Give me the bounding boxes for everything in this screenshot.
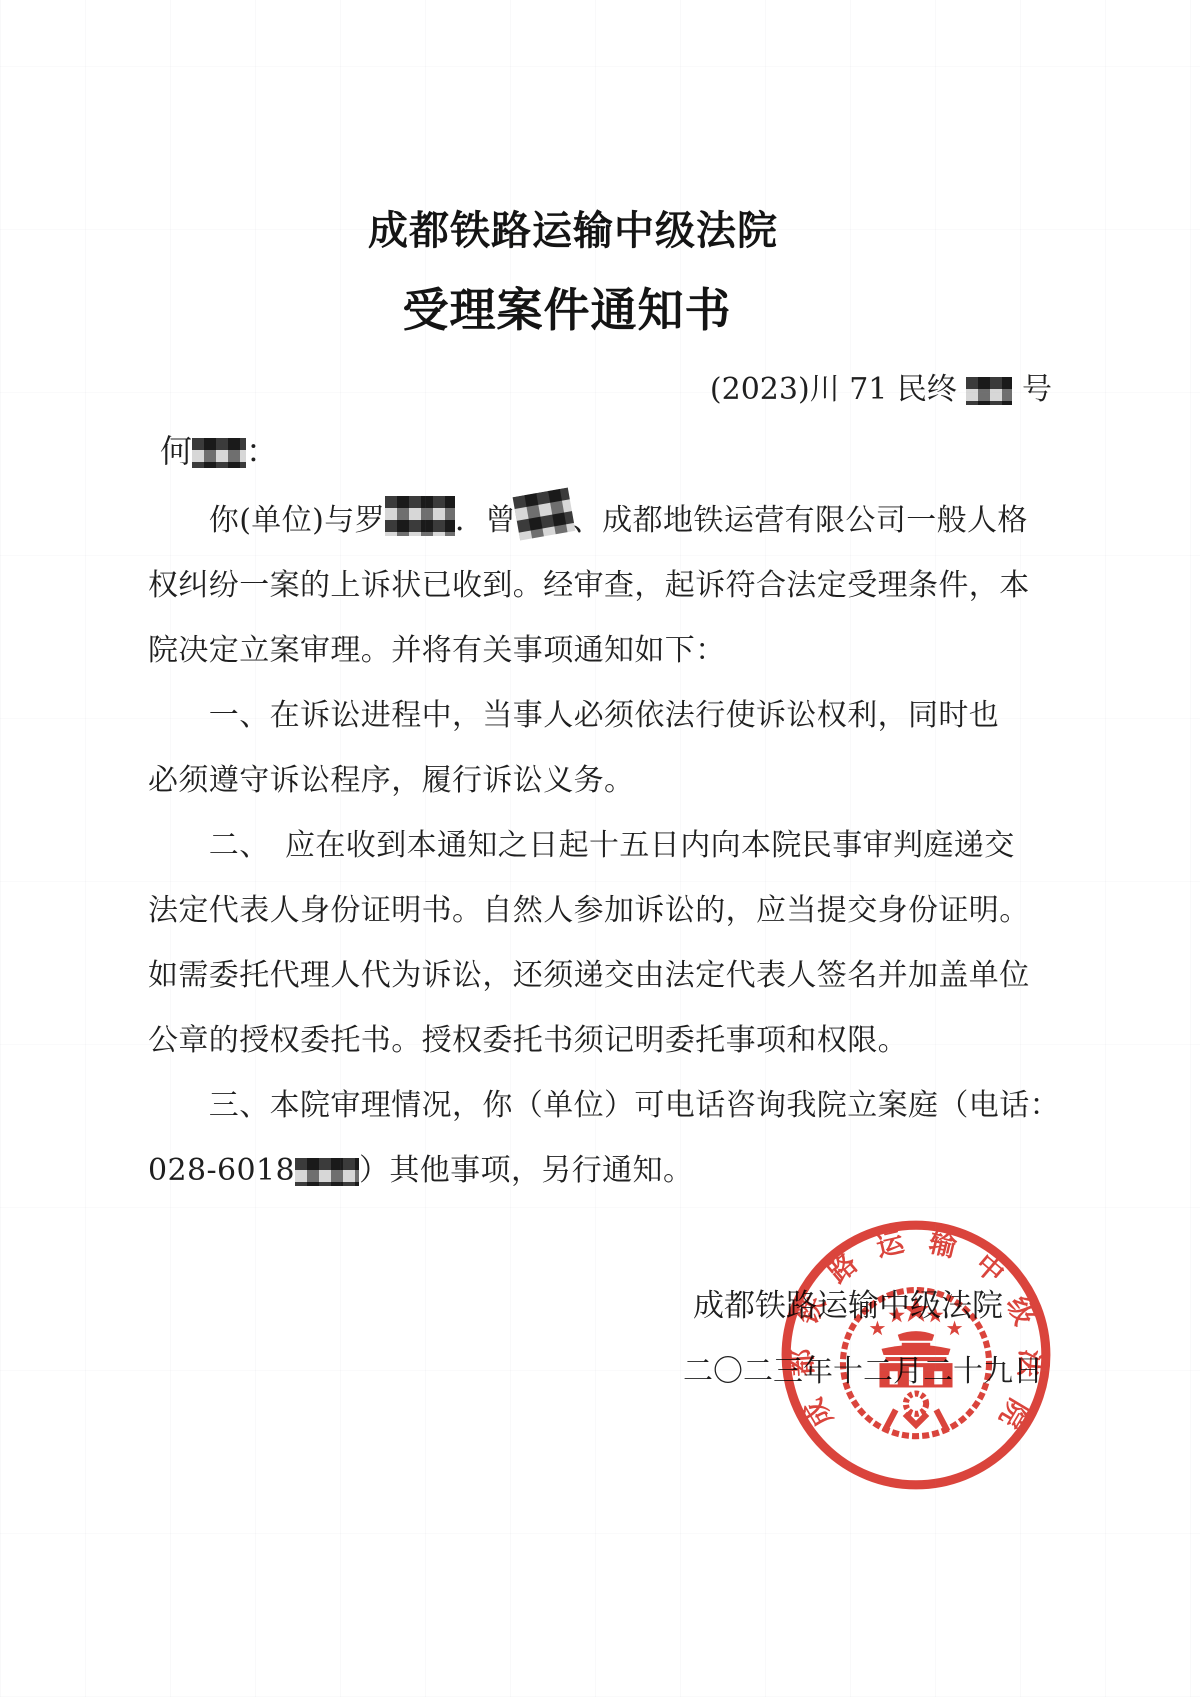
- case-number-suffix: 号: [1012, 372, 1052, 407]
- body-text: ）其他事项，另行通知。: [359, 1153, 693, 1188]
- addressee-surname: 何: [160, 432, 192, 470]
- redaction-mosaic: [295, 1158, 359, 1186]
- case-number-prefix: (2023)川 71 民终: [710, 372, 967, 407]
- body-line: 法定代表人身份证明书。自然人参加诉讼的，应当提交身份证明。: [148, 878, 1078, 943]
- body-text: 法定代表人身份证明书。自然人参加诉讼的，应当提交身份证明。: [148, 893, 1030, 928]
- body-text: 权纠纷一案的上诉状已收到。经审查，起诉符合法定受理条件，本: [148, 568, 1030, 603]
- body-line: 必须遵守诉讼程序，履行诉讼义务。: [148, 748, 1078, 813]
- body-line: 院决定立案审理。并将有关事项通知如下：: [148, 618, 1078, 683]
- body-line: 你(单位)与罗．曾、成都地铁运营有限公司一般人格: [148, 488, 1078, 553]
- body-text: 、成都地铁运营有限公司一般人格: [572, 503, 1028, 538]
- addressee-colon: ：: [246, 432, 278, 470]
- national-emblem-icon: [843, 1290, 989, 1436]
- body-line: 028-6018）其他事项，另行通知。: [148, 1138, 1078, 1203]
- body-text: 一、在诉讼进程中，当事人必须依法行使诉讼权利，同时也: [148, 698, 999, 733]
- body-line: 公章的授权委托书。授权委托书须记明委托事项和权限。: [148, 1008, 1078, 1073]
- addressee-line: 何：: [160, 432, 278, 470]
- body-text: 必须遵守诉讼程序，履行诉讼义务。: [148, 763, 634, 798]
- body-text: 028-6018: [148, 1153, 295, 1188]
- body-text: 公章的授权委托书。授权委托书须记明委托事项和权限。: [148, 1023, 908, 1058]
- body-line: 一、在诉讼进程中，当事人必须依法行使诉讼权利，同时也: [148, 683, 1078, 748]
- body-line: 三、本院审理情况，你（单位）可电话咨询我院立案庭（电话：: [148, 1073, 1078, 1138]
- body-text: 三、本院审理情况，你（单位）可电话咨询我院立案庭（电话：: [148, 1088, 1060, 1123]
- redaction-mosaic: [192, 438, 246, 468]
- court-title: 成都铁路运输中级法院: [0, 206, 1146, 256]
- redaction-mosaic: [966, 377, 1012, 405]
- body-text: ．曾: [455, 503, 516, 538]
- body-line: 二、 应在收到本通知之日起十五日内向本院民事审判庭递交: [148, 813, 1078, 878]
- body-line: 权纠纷一案的上诉状已收到。经审查，起诉符合法定受理条件，本: [148, 553, 1078, 618]
- body-text: 院决定立案审理。并将有关事项通知如下：: [148, 633, 726, 668]
- case-number-line: (2023)川 71 民终 号: [710, 372, 1052, 408]
- document-sheet: 成都铁路运输中级法院 受理案件通知书 (2023)川 71 民终 号 何： 你(…: [0, 0, 1200, 1697]
- document-type-title: 受理案件通知书: [0, 282, 1134, 338]
- official-seal: 成都铁路运输中级法院: [776, 1215, 1056, 1495]
- redaction-mosaic: [385, 496, 455, 536]
- body-text: 你(单位)与罗: [148, 503, 385, 538]
- redaction-mosaic: [512, 487, 575, 540]
- body-text: 二、 应在收到本通知之日起十五日内向本院民事审判庭递交: [148, 828, 1015, 863]
- body-text: 如需委托代理人代为诉讼，还须递交由法定代表人签名并加盖单位: [148, 958, 1030, 993]
- body-lines: 你(单位)与罗．曾、成都地铁运营有限公司一般人格权纠纷一案的上诉状已收到。经审查…: [148, 488, 1078, 1203]
- body-line: 如需委托代理人代为诉讼，还须递交由法定代表人签名并加盖单位: [148, 943, 1078, 1008]
